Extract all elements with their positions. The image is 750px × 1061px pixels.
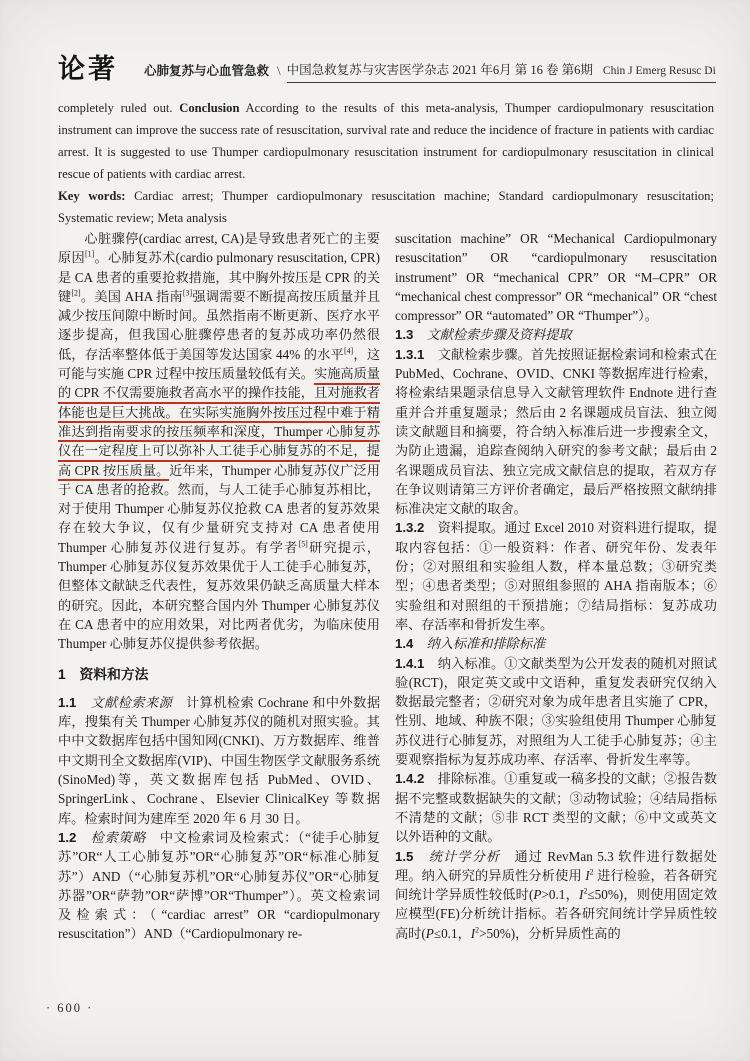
paragraph-1-4-1-inclusion-criteria: 1.4.1 纳入标准。①文献类型为公开发表的随机对照试验(RCT)，限定英文或中… — [395, 654, 717, 770]
heading-1-4-inclusion-exclusion: 1.4 纳入标准和排除标准 — [395, 634, 717, 653]
intro-paragraph: 心脏骤停(cardiac arrest, CA)是导致患者死亡的主要原因[1]。… — [58, 229, 380, 654]
right-column: suscitation machine” OR “Mechanical Card… — [395, 229, 717, 944]
paragraph-search-strategy-continued: suscitation machine” OR “Mechanical Card… — [395, 229, 717, 325]
journal-section-label: 心肺复苏与心血管急救 — [144, 61, 269, 83]
paragraph-1-2-search-strategy: 1.2 检索策略 中文检索词及检索式：（“徒手心肺复苏”OR“人工心肺复苏”OR… — [58, 828, 380, 944]
paragraph-1-5-statistical-analysis: 1.5 统计学分析 通过 RevMan 5.3 软件进行数据处理。纳入研究的异质… — [395, 847, 717, 943]
english-abstract: completely ruled out. Conclusion Accordi… — [58, 97, 714, 229]
paragraph-1-4-2-exclusion-criteria: 1.4.2 排除标准。①重复或一稿多投的文献；②报告数据不完整或数据缺失的文献；… — [395, 769, 717, 846]
heading-1-3-retrieval-steps: 1.3 文献检索步骤及资料提取 — [395, 325, 717, 344]
abstract-keywords-paragraph: Key words: Cardiac arrest; Thumper cardi… — [58, 185, 714, 229]
left-column: 心脏骤停(cardiac arrest, CA)是导致患者死亡的主要原因[1]。… — [58, 229, 380, 944]
journal-title-cn: 中国急救复苏与灾害医学杂志 2021 年6月 第 16 卷 第6期 — [287, 60, 593, 78]
header-separator: \ — [269, 63, 287, 83]
abstract-conclusion-paragraph: completely ruled out. Conclusion Accordi… — [58, 97, 714, 185]
column-category-label: 论著 — [58, 56, 118, 83]
page-number: · 600 · — [46, 1001, 93, 1016]
journal-page: 论著 心肺复苏与心血管急救 \ 中国急救复苏与灾害医学杂志 2021 年6月 第… — [0, 0, 750, 1061]
paragraph-1-3-1-retrieval-steps: 1.3.1 文献检索步骤。首先按照证据检索词和检索式在 PubMed、Cochr… — [395, 345, 717, 519]
journal-info-line: 中国急救复苏与灾害医学杂志 2021 年6月 第 16 卷 第6期 Chin J… — [287, 60, 716, 83]
journal-title-en: Chin J Emerg Resusc Disaster Med, June 2… — [603, 65, 716, 77]
two-column-body: 心脏骤停(cardiac arrest, CA)是导致患者死亡的主要原因[1]。… — [58, 229, 717, 944]
paragraph-1-1-search-sources: 1.1 文献检索来源 计算机检索 Cochrane 和中外数据库，搜集有关 Th… — [58, 693, 380, 828]
paragraph-1-3-2-data-extraction: 1.3.2 资料提取。通过 Excel 2010 对资料进行提取，提取内容包括：… — [395, 518, 717, 634]
page-header: 论著 心肺复苏与心血管急救 \ 中国急救复苏与灾害医学杂志 2021 年6月 第… — [58, 56, 716, 83]
section-1-heading: 1 资料和方法 — [58, 665, 380, 684]
